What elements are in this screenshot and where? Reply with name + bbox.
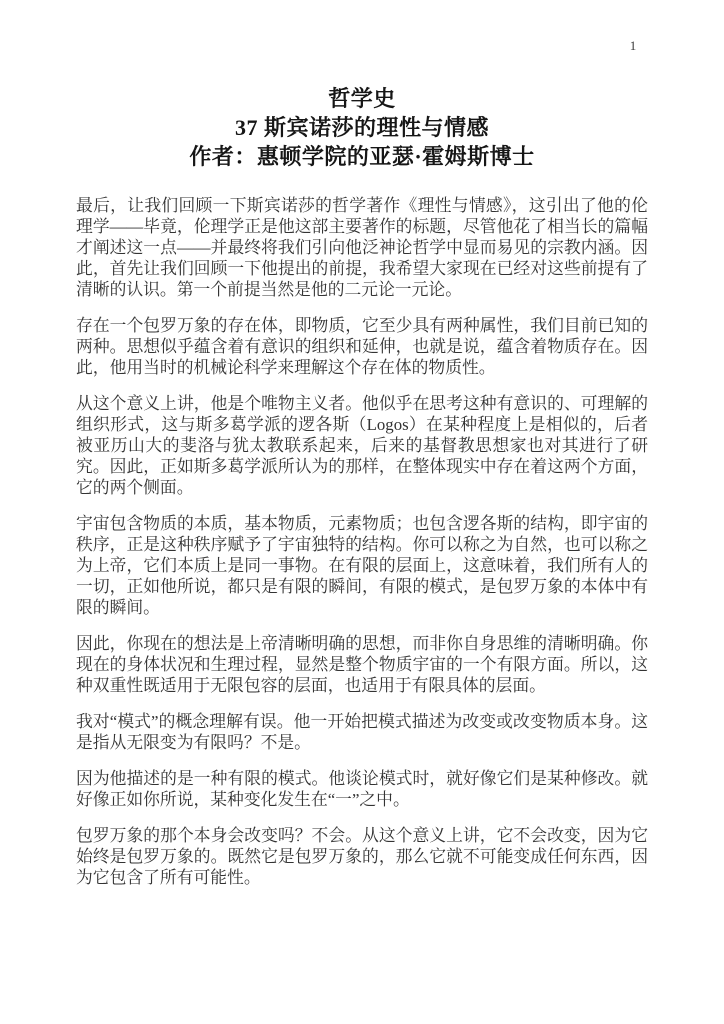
document-body: 最后，让我们回顾一下斯宾诺莎的哲学著作《理性与情感》，这引出了他的伦理学——毕竟…: [0, 195, 724, 888]
paragraph: 我对“模式”的概念理解有误。他一开始把模式描述为改变或改变物质本身。这是指从无限…: [76, 711, 648, 753]
document-heading: 哲学史 37 斯宾诺莎的理性与情感 作者：惠顿学院的亚瑟·霍姆斯博士: [0, 84, 724, 171]
paragraph: 最后，让我们回顾一下斯宾诺莎的哲学著作《理性与情感》，这引出了他的伦理学——毕竟…: [76, 195, 648, 300]
paragraph: 存在一个包罗万象的存在体，即物质，它至少具有两种属性，我们目前已知的两种。思想似…: [76, 315, 648, 378]
paragraph: 从这个意义上讲，他是个唯物主义者。他似乎在思考这种有意识的、可理解的组织形式，这…: [76, 393, 648, 498]
paragraph: 因此，你现在的想法是上帝清晰明确的思想，而非你自身思维的清晰明确。你现在的身体状…: [76, 633, 648, 696]
paragraph: 因为他描述的是一种有限的模式。他谈论模式时，就好像它们是某种修改。就好像正如你所…: [76, 768, 648, 810]
document-page: 1 哲学史 37 斯宾诺莎的理性与情感 作者：惠顿学院的亚瑟·霍姆斯博士 最后，…: [0, 0, 724, 1024]
page-number: 1: [626, 38, 640, 54]
paragraph: 宇宙包含物质的本质，基本物质，元素物质；也包含逻各斯的结构，即宇宙的秩序，正是这…: [76, 513, 648, 618]
document-title: 哲学史: [0, 84, 724, 113]
paragraph: 包罗万象的那个本身会改变吗？不会。从这个意义上讲，它不会改变，因为它始终是包罗万…: [76, 825, 648, 888]
lecture-subtitle: 37 斯宾诺莎的理性与情感: [0, 113, 724, 142]
author-line: 作者：惠顿学院的亚瑟·霍姆斯博士: [0, 142, 724, 171]
